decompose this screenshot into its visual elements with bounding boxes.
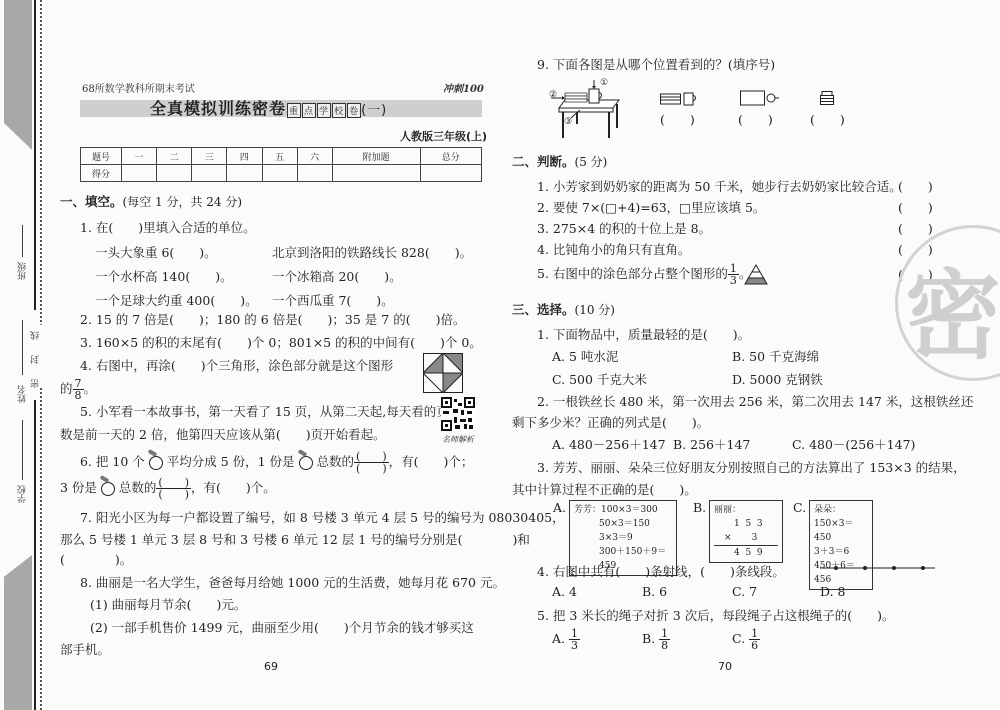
square-triangles-figure [423,353,463,393]
qr-caption: 名师解析 [442,434,474,445]
choice-option[interactable]: B. 18 [642,628,670,651]
view-c-figure [820,91,834,105]
field-class-line [22,225,23,257]
option-a-label[interactable]: A. [553,500,566,515]
page-number-left: 69 [264,660,278,673]
q1-item: 一个水杯高 140( )。 [95,267,233,285]
q3: 3. 160×5 的积的末尾有( )个 0；801×5 的积的中间有( )个 0… [80,333,482,351]
choice-option[interactable]: A. 4 [552,584,577,599]
qr-code-icon[interactable] [441,397,475,431]
choice-option[interactable]: C. 500 千克大米 [552,370,647,388]
choice-option[interactable]: D. 8 [820,584,845,599]
binding-tab-top [4,0,32,150]
choice-q1-stem: 1. 下面物品中，质量最轻的是( )。 [537,325,750,343]
fraction: 13 [728,263,739,286]
score-cell[interactable] [262,165,297,182]
choice-option[interactable]: B. 50 千克海绵 [732,347,819,365]
brand-label: 冲刺100 [443,80,484,95]
q4-line2: 的78。 [60,378,96,401]
judge-item: 5. 右图中的涂色部分占整个图形的13。 [537,263,751,286]
option-c-label[interactable]: C. [793,500,806,515]
q7-line3: ( )。 [60,550,132,568]
q1-item: 一个冰箱高 20( )。 [272,267,402,285]
q8-part1: (1) 曲丽每月节余( )元。 [90,595,246,613]
choice-option[interactable]: A. 480－256＋147 [552,435,666,453]
q1-item: 北京到洛阳的铁路线长 828( )。 [272,243,472,261]
view-a-figure [660,92,700,106]
choice-q2-line1: 2. 一根铁丝长 480 米，第一次用去 256 米，第二次用去 147 米，这… [537,392,973,410]
choice-option[interactable]: A. 5 吨水泥 [552,347,618,365]
choice-q4-stem: 4. 右图中共有( )条射线，( )条线段。 [537,562,785,580]
score-cell[interactable] [157,165,192,182]
q7-line2: 那么 5 号楼 1 单元 3 层 8 号和 3 号楼 6 单元 12 层 1 号… [60,530,530,548]
score-table-row: 得分 [81,165,482,182]
q1-item: 一个西瓜重 7( )。 [272,291,394,309]
q8-part2-line2: 部手机。 [60,640,110,658]
score-cell[interactable] [332,165,420,182]
field-class-label: 班级 [16,262,29,280]
q6-line2: 3 份是 总数的( )( )，有( )个。 [60,477,276,500]
q5-line1: 5. 小军看一本故事书，第一天看了 15 页，从第二天起,每天看的页 [80,402,449,420]
choice-option[interactable]: B. 256＋147 [673,435,750,453]
section1-title: 一、填空。(每空 1 分，共 24 分) [60,192,242,210]
calc-box-duoduo: 朵朵： 150×3＝450 3＋3＝6 450＋6＝456 [809,500,873,590]
score-cell[interactable] [192,165,227,182]
table-with-books-and-cup-figure [547,80,627,140]
score-cell[interactable] [420,165,482,182]
q7-line1: 7. 阳光小区为每一户都设置了编号，如 8 号楼 3 单元 4 层 5 号的编号… [80,508,565,526]
q6-line1: 6. 把 10 个 平均分成 5 份，1 份是 总数的( )( )，有( )个； [80,451,473,474]
judge-answer[interactable]: ( ) [898,198,933,216]
option-b-label[interactable]: B. [693,500,706,515]
view-b-figure [740,90,780,106]
choice-q5-stem: 5. 把 3 米长的绳子对折 3 次后，每段绳子占这根绳子的( )。 [537,606,894,624]
marker-2: ② [549,90,557,100]
q2: 2. 15 的 7 倍是( )；180 的 6 倍是( )；35 是 7 的( … [80,310,465,328]
edition-label: 人教版三年级(上) [400,128,487,144]
binding-margin: 班级 姓名 学校 密 封 线 [0,0,48,710]
binding-tab-bottom [4,555,32,710]
judge-item: 1. 小芳家到奶奶家的距离为 50 千米，她步行去奶奶家比较合适。 [537,177,902,195]
seal-line-text: 密 封 线 [29,325,42,388]
choice-option[interactable]: B. 6 [642,584,667,599]
choice-option[interactable]: D. 5000 克钢铁 [732,370,823,388]
exam-series: 68所数学教科所期末考试 [82,80,195,95]
field-name-line [22,320,23,375]
choice-q3-line1: 3. 芳芳、丽丽、朵朵三位好朋友分别按照自己的方法算出了 153×3 的结果， [537,458,966,476]
score-table: 题号 一 二 三 四 五 六 附加题 总分 得分 [80,147,482,182]
judge-answer[interactable]: ( ) [898,219,933,237]
q9-stem: 9. 下面各图是从哪个位置看到的？(填序号) [537,55,775,73]
q9-blank[interactable]: ( ) [660,110,695,128]
q9-blank[interactable]: ( ) [738,110,773,128]
apple-icon [149,456,163,470]
line-with-points-figure [820,563,935,573]
fraction: 78 [73,378,84,401]
q8-part2-line1: (2) 一部手机售价 1499 元，曲丽至少用( )个月节余的钱才够买这 [90,618,474,636]
shaded-triangle-figure [743,264,769,286]
score-cell[interactable] [122,165,157,182]
judge-item: 3. 275×4 的积的十位上是 8。 [537,219,711,237]
judge-answer[interactable]: ( ) [898,177,933,195]
q8: 8. 曲丽是一名大学生，爸爸每月给她 1000 元的生活费，她每月花 670 元… [80,573,505,591]
choice-option[interactable]: A. 13 [552,628,580,651]
choice-option[interactable]: C. 7 [732,584,757,599]
score-cell[interactable] [297,165,332,182]
choice-q2-line2: 剩下多少米？正确的列式是( )。 [512,413,709,431]
fraction-blank[interactable]: ( )( ) [354,451,389,474]
section2-title: 二、判断。(5 分) [512,152,607,170]
choice-q3-line2: 其中计算过程不正确的是( )。 [512,480,697,498]
fraction: 18 [659,628,670,651]
choice-option[interactable]: C. 16 [732,628,760,651]
marker-1: ① [600,78,608,88]
q5-line2: 数是前一天的 2 倍，他第四天应该从第( )页开始看起。 [60,425,386,443]
binding-rule-bottom [34,400,36,710]
judge-item: 4. 比钝角小的角只有直角。 [537,240,690,258]
binding-rule-top [34,0,36,310]
section3-title: 三、选择。(10 分) [512,300,615,318]
calc-box-lili: 丽丽： 1 5 3 × 3 4 5 9 [709,500,783,563]
apple-icon [101,482,115,496]
confidential-stamp-char: 密 [905,240,1000,377]
page-number-right: 70 [718,660,732,673]
q4-line1: 4. 右图中，再涂( )个三角形，涂色部分就是这个图形 [80,356,393,374]
fraction: 13 [569,628,580,651]
field-school-line [22,420,23,480]
marker-3: ③ [564,117,572,127]
score-cell[interactable] [227,165,262,182]
apple-icon [299,456,313,470]
fraction: 16 [749,628,760,651]
q1-item: 一个足球大约重 400( )。 [95,291,258,309]
q9-blank[interactable]: ( ) [810,110,845,128]
fraction-blank[interactable]: ( )( ) [156,477,191,500]
field-school-label: 学校 [16,485,29,503]
q1-stem: 1. 在( )里填入合适的单位。 [80,218,256,236]
judge-item: 2. 要使 7×(□+4)=63，□里应该填 5。 [537,198,765,216]
score-table-header: 题号 一 二 三 四 五 六 附加题 总分 [81,148,482,165]
field-name-label: 姓名 [16,385,29,403]
choice-option[interactable]: C. 480－(256＋147) [792,435,915,453]
page-title: 全真模拟训练密卷重点学校卷(一) [150,96,387,119]
q1-item: 一头大象重 6( )。 [95,243,217,261]
